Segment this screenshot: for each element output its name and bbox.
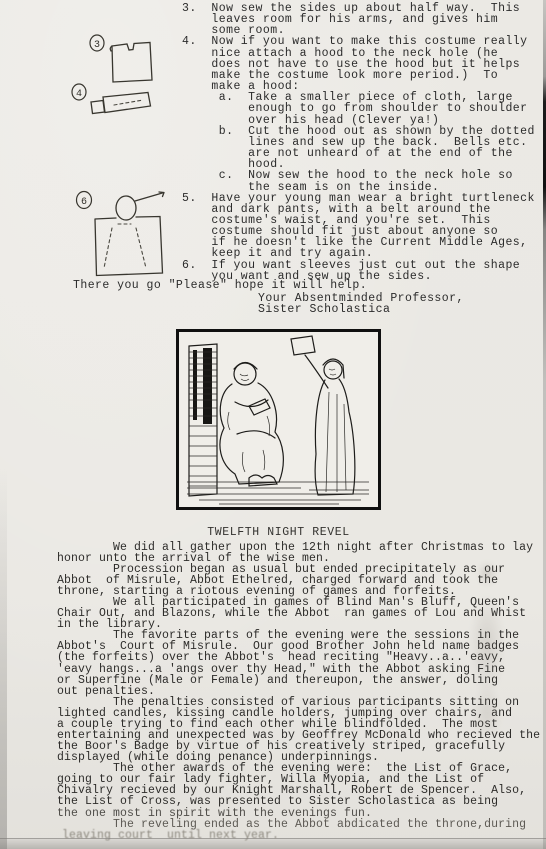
diagram-label-6: 6 [81,197,87,208]
arrow-icon [135,192,164,201]
diagram-costume: 6 [77,192,165,276]
instructions-text: 3. Now sew the sides up about half way. … [182,3,535,282]
woodcut-illustration [179,332,378,507]
standing-figure [291,336,355,495]
floor-hatching [187,482,369,504]
diagram-label-3: 3 [94,40,100,51]
seated-abbot [220,363,283,487]
scan-bottom-edge-shadow [0,838,546,849]
scan-left-edge-shadow [0,0,7,849]
figure-caption: TWELFTH NIGHT REVEL [176,526,381,539]
scanned-newsletter-page: 3 4 6 3. Now sew the sides up about half… [0,0,546,849]
diagram-tunic: 3 [90,35,152,82]
chair [189,344,217,496]
diagram-hood: 4 [72,84,151,114]
bleed-through-figure [455,556,519,734]
signature: Your Absentminded Professor, Sister Scho… [258,293,464,315]
diagram-label-4: 4 [76,89,82,100]
costume-pattern-diagrams: 3 4 6 [55,25,185,290]
closing-line: There you go "Please" hope it will help. [73,280,367,291]
figure-frame [176,329,381,510]
